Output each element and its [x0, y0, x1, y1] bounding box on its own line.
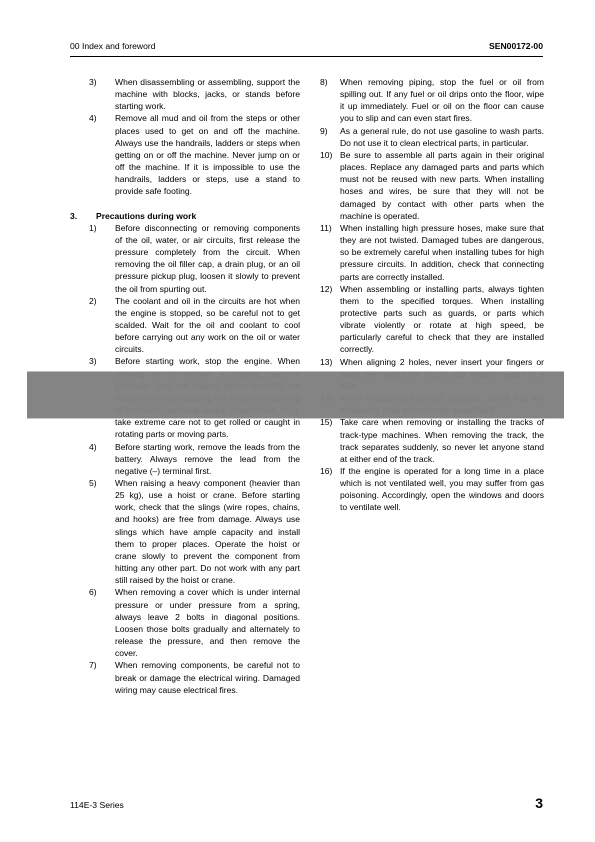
item-number: 4) [89, 441, 115, 477]
right-column: 8) When removing piping, stop the fuel o… [320, 76, 544, 514]
list-item: 8) When removing piping, stop the fuel o… [320, 76, 544, 125]
list-item: 13) When aligning 2 holes, never insert … [320, 356, 544, 392]
item-text: When removing a cover which is under int… [115, 586, 300, 659]
item-text: Before disconnecting or removing compone… [115, 222, 300, 295]
item-number: 1) [89, 222, 115, 295]
item-text: When measuring hydraulic pressure, check… [340, 392, 544, 416]
list-item: 3) When disassembling or assembling, sup… [70, 76, 300, 112]
item-number: 11) [320, 222, 340, 283]
section-title: Precautions during work [96, 210, 196, 222]
list-item: 3) Before starting work, stop the engine… [70, 355, 300, 440]
section-number: 3. [70, 210, 96, 222]
series-label: 114E-3 Series [70, 800, 124, 810]
section-heading: 3. Precautions during work [70, 210, 300, 222]
item-text: When aligning 2 holes, never insert your… [340, 356, 544, 392]
list-item: 16) If the engine is operated for a long… [320, 465, 544, 514]
item-text: As a general rule, do not use gasoline t… [340, 125, 544, 149]
highlight-band-edge [27, 418, 564, 419]
item-text: When removing components, be careful not… [115, 659, 300, 695]
item-text: When assembling or installing parts, alw… [340, 283, 544, 356]
item-number: 12) [320, 283, 340, 356]
left-column: 3) When disassembling or assembling, sup… [70, 76, 300, 696]
page-header: 00 Index and foreword SEN00172-00 [70, 39, 543, 57]
list-item: 6) When removing a cover which is under … [70, 586, 300, 659]
list-item: 7) When removing components, be careful … [70, 659, 300, 695]
list-item: 4) Remove all mud and oil from the steps… [70, 112, 300, 197]
item-number: 14) [320, 392, 340, 416]
list-item: 10) Be sure to assemble all parts again … [320, 149, 544, 222]
item-text: Be sure to assemble all parts again in t… [340, 149, 544, 222]
item-text: Take care when removing or installing th… [340, 416, 544, 465]
item-number: 3) [89, 76, 115, 112]
item-number: 4) [89, 112, 115, 197]
item-number: 2) [89, 295, 115, 356]
list-item: 1) Before disconnecting or removing comp… [70, 222, 300, 295]
item-text: Before starting work, remove the leads f… [115, 441, 300, 477]
item-number: 7) [89, 659, 115, 695]
item-number: 15) [320, 416, 340, 465]
list-item: 5) When raising a heavy component (heavi… [70, 477, 300, 586]
chapter-title: 00 Index and foreword [70, 41, 156, 51]
item-number: 3) [89, 355, 115, 440]
page-number: 3 [535, 795, 543, 811]
document-id: SEN00172-00 [489, 41, 543, 51]
list-item: 11) When installing high pressure hoses,… [320, 222, 544, 283]
list-item: 9) As a general rule, do not use gasolin… [320, 125, 544, 149]
item-text: When raising a heavy component (heavier … [115, 477, 300, 586]
list-item: 4) Before starting work, remove the lead… [70, 441, 300, 477]
item-text: The coolant and oil in the circuits are … [115, 295, 300, 356]
list-item: 15) Take care when removing or installin… [320, 416, 544, 465]
list-item: 14) When measuring hydraulic pressure, c… [320, 392, 544, 416]
item-text: If the engine is operated for a long tim… [340, 465, 544, 514]
item-number: 10) [320, 149, 340, 222]
item-text: When installing high pressure hoses, mak… [340, 222, 544, 283]
item-number: 9) [320, 125, 340, 149]
item-number: 5) [89, 477, 115, 586]
item-number: 6) [89, 586, 115, 659]
item-number: 13) [320, 356, 340, 392]
item-text: When removing piping, stop the fuel or o… [340, 76, 544, 125]
item-text: Before starting work, stop the engine. W… [115, 355, 300, 440]
list-item: 2) The coolant and oil in the circuits a… [70, 295, 300, 356]
item-text: Remove all mud and oil from the steps or… [115, 112, 300, 197]
item-text: When disassembling or assembling, suppor… [115, 76, 300, 112]
highlight-band-edge [27, 371, 564, 372]
item-number: 16) [320, 465, 340, 514]
list-item: 12) When assembling or installing parts,… [320, 283, 544, 356]
item-number: 8) [320, 76, 340, 125]
